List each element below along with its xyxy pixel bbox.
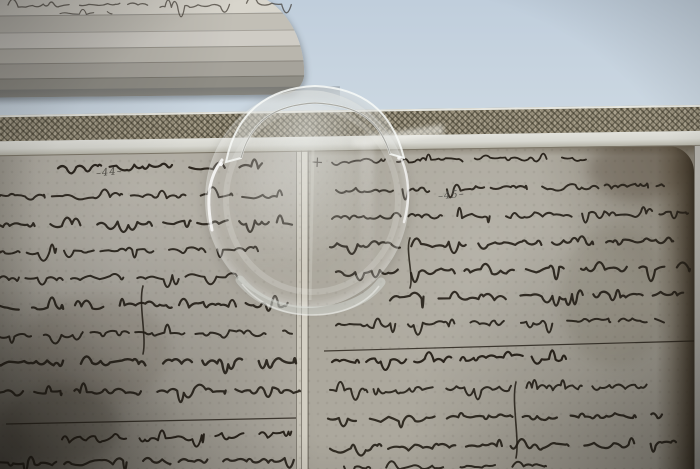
manuscript-photo: –44– –45– + [0, 0, 700, 469]
page-edge [656, 146, 694, 469]
manuscript-pile [0, 0, 305, 98]
glass-dome-magnifier [205, 90, 409, 308]
display-glass-edge [694, 146, 700, 469]
